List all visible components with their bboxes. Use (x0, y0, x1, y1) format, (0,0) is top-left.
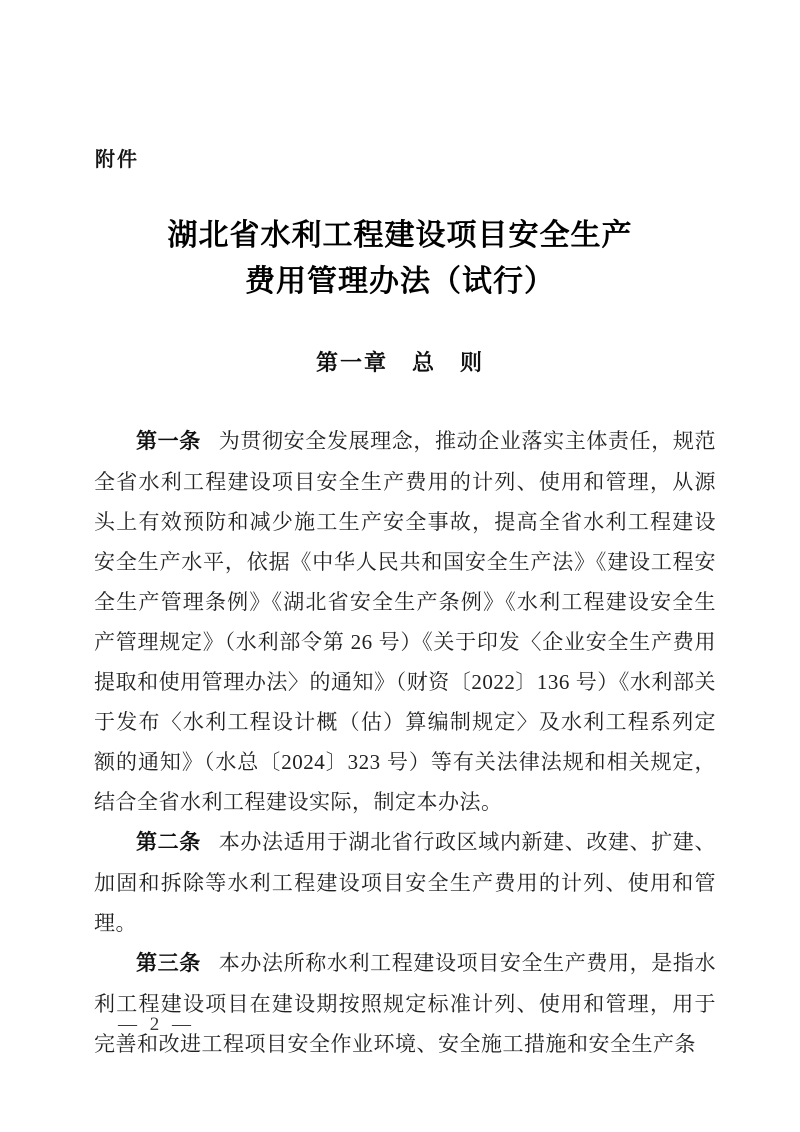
document-title-line-1: 湖北省水利工程建设项目安全生产 (0, 213, 800, 259)
article-2-paragraph: 第二条本办法适用于湖北省行政区域内新建、改建、扩建、加固和拆除等水利工程建设项目… (94, 822, 716, 943)
article-3-paragraph: 第三条本办法所称水利工程建设项目安全生产费用，是指水利工程建设项目在建设期按照规… (94, 943, 716, 1064)
article-2-label: 第二条 (136, 831, 201, 854)
attachment-label: 附件 (95, 143, 139, 172)
page-number: — 2 — (118, 1014, 195, 1036)
article-1-paragraph: 第一条为贯彻安全发展理念，推动企业落实主体责任，规范全省水利工程建设项目安全生产… (94, 421, 716, 822)
document-title: 湖北省水利工程建设项目安全生产 费用管理办法（试行） (0, 213, 800, 305)
document-body: 第一条为贯彻安全发展理念，推动企业落实主体责任，规范全省水利工程建设项目安全生产… (94, 421, 716, 1064)
article-1-text: 为贯彻安全发展理念，推动企业落实主体责任，规范全省水利工程建设项目安全生产费用的… (94, 429, 716, 814)
document-title-line-2: 费用管理办法（试行） (0, 259, 800, 305)
document-page: 附件 湖北省水利工程建设项目安全生产 费用管理办法（试行） 第一章 总 则 第一… (0, 0, 800, 1132)
chapter-heading: 第一章 总 则 (0, 346, 800, 377)
article-1-label: 第一条 (136, 430, 201, 453)
article-3-label: 第三条 (136, 952, 201, 975)
